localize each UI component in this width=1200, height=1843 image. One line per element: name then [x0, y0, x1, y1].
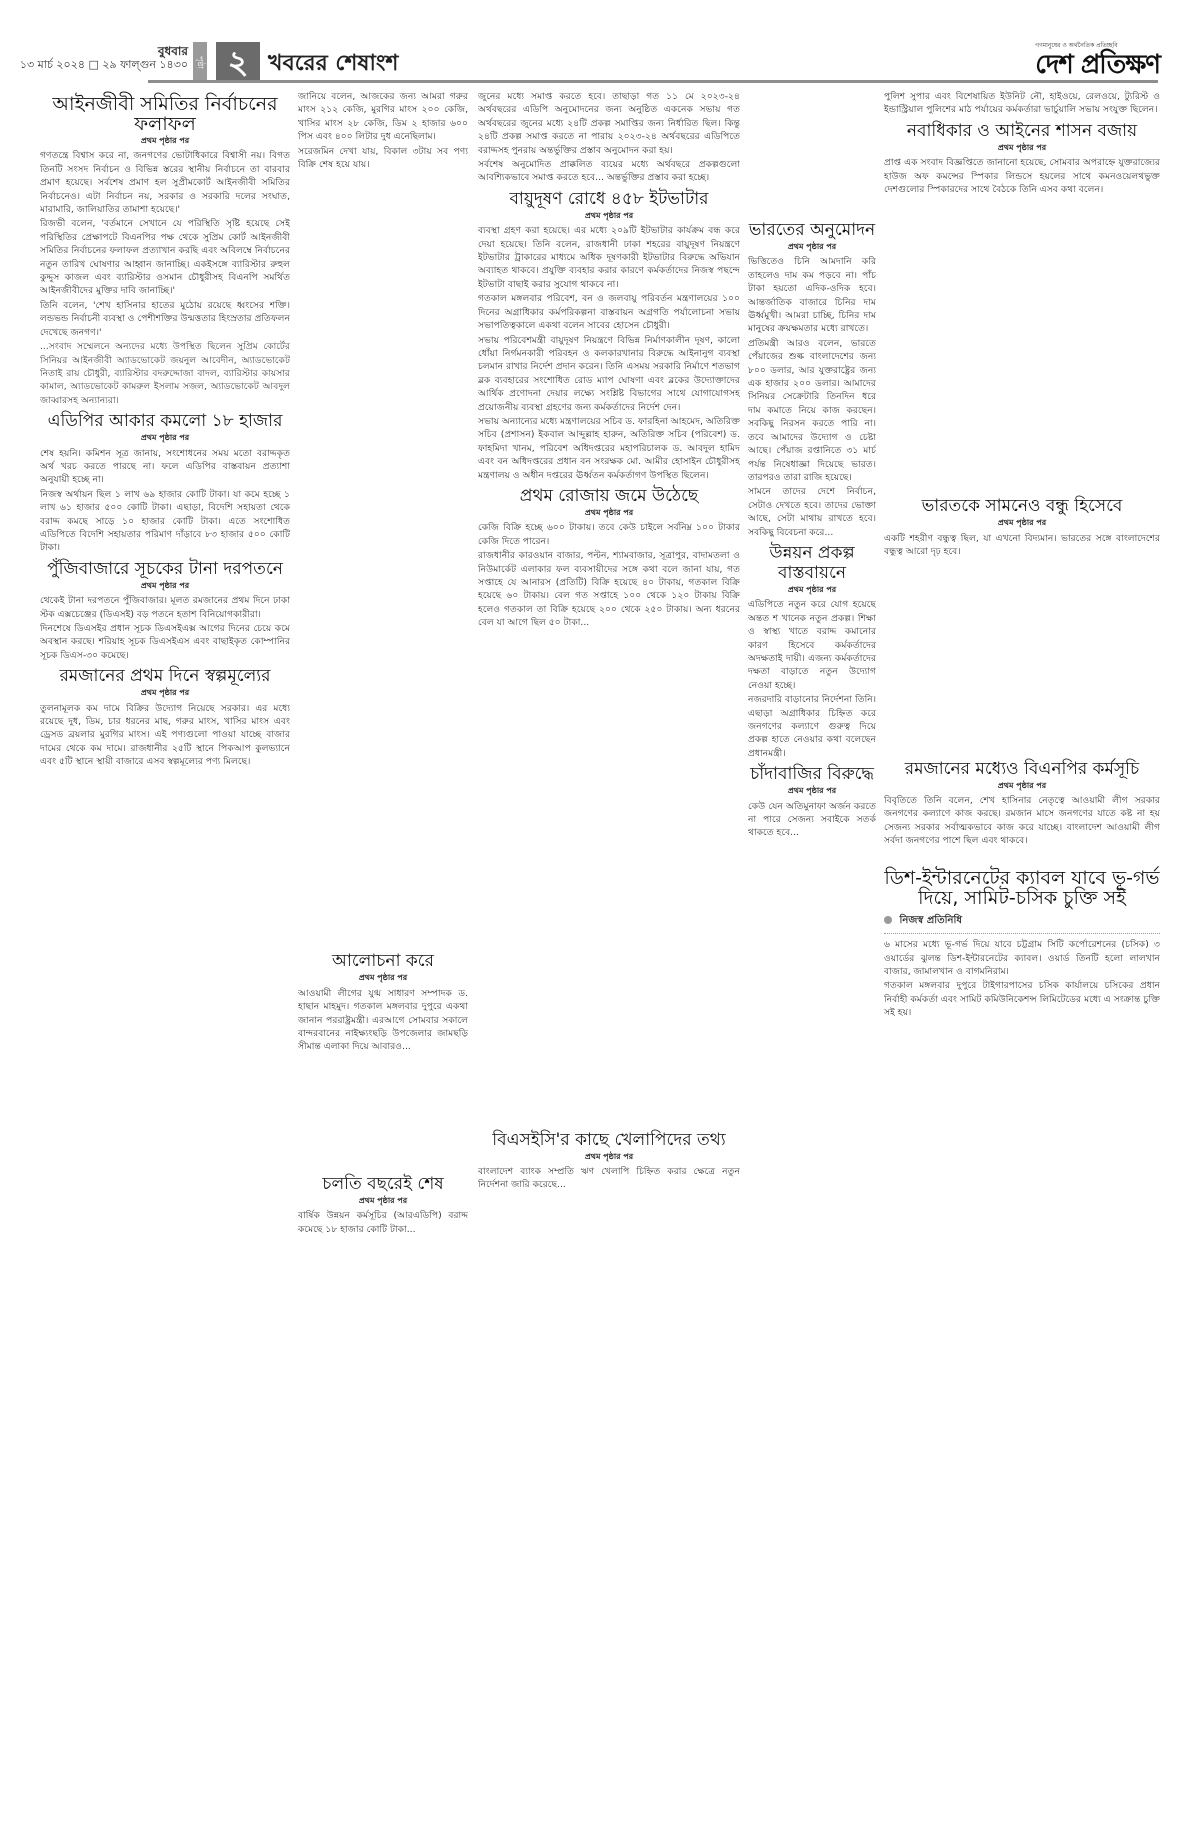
column-3: জুনের মধ্যে সমাপ্ত করতে হবে। তাছাড়া গত …	[478, 90, 740, 1830]
page-number: ২	[216, 42, 260, 82]
continued-label: প্রথম পৃষ্ঠার পর	[884, 779, 1160, 792]
headline: প্রথম রোজায় জমে উঠেছে	[478, 486, 740, 506]
logo-name: দেশ প্রতিক্ষণ	[1035, 51, 1160, 79]
paragraph: নজরদারি বাড়ানোর নির্দেশনা তিনি। এছাড়া …	[748, 693, 876, 760]
article-india-friend: ভারতকে সামনেও বন্ধু হিসেবে প্রথম পৃষ্ঠার…	[884, 496, 1160, 558]
headline: চলতি বছরেই শেষ	[298, 1174, 468, 1194]
headline: বিএসইসি'র কাছে খেলাপিদের তথ্য	[478, 1130, 740, 1150]
continued-label: প্রথম পৃষ্ঠার পর	[40, 686, 290, 699]
continued-label: প্রথম পৃষ্ঠার পর	[884, 141, 1160, 154]
headline: এডিপির আকার কমলো ১৮ হাজার	[40, 411, 290, 431]
paragraph: কেজি বিক্রি হচ্ছে ৬০০ টাকায়। তবে কেউ চা…	[478, 521, 740, 548]
masthead: বুধবার ১৩ মার্চ ২০২৪ □ ২৯ ফাল্গুন ১৪৩০ প…	[0, 0, 1200, 80]
paragraph: গণতন্ত্রে বিশ্বাস করে না, জনগণের ভোটাধিক…	[40, 149, 290, 216]
paragraph: গতকাল মঙ্গলবার দুপুরে টাইগারপাসের চসিক ক…	[884, 979, 1160, 1019]
continued-label: প্রথম পৃষ্ঠার পর	[40, 134, 290, 147]
paragraph: প্রতিমন্ত্রী আরও বলেন, ভারতে পেঁয়াজের শ…	[748, 337, 876, 484]
article-lawyers-election: আইনজীবী সমিতির নির্বাচনের ফলাফল প্রথম পৃ…	[40, 94, 290, 407]
paragraph: সামনে তাদের দেশে নির্বাচন, সেটাও দেখতে হ…	[748, 485, 876, 539]
column-2: জানিয়ে বলেন, আজকের জন্য আমরা গরুর মাংস …	[298, 90, 468, 1830]
paragraph: বাংলাদেশ ব্যাংক সম্প্রতি ঋণ খেলাপি চিহ্ন…	[478, 1165, 740, 1192]
paragraph: জুনের মধ্যে সমাপ্ত করতে হবে। তাছাড়া গত …	[478, 90, 740, 157]
paragraph: দিনশেষে ডিএসইর প্রধান সূচক ডিএসইএক্স আগে…	[40, 622, 290, 662]
headline: ভারতের অনুমোদন	[748, 220, 876, 240]
article-adp: এডিপির আকার কমলো ১৮ হাজার প্রথম পৃষ্ঠার …	[40, 411, 290, 555]
article-dev-projects: উন্নয়ন প্রকল্প বাস্তবায়নে প্রথম পৃষ্ঠা…	[748, 543, 876, 760]
paragraph: প্রাপ্ত এক সংবাদ বিজ্ঞপ্তিতে জানানো হয়ে…	[884, 156, 1160, 196]
article-extortion: চাঁদাবাজির বিরুদ্ধে প্রথম পৃষ্ঠার পর কেউ…	[748, 764, 876, 840]
paragraph: বিবৃতিতে তিনি বলেন, শেখ হাসিনার নেতৃত্বে…	[884, 794, 1160, 848]
paragraph: কেউ যেন অতিমুনাফা অর্জন করতে না পারে সেজ…	[748, 800, 876, 840]
article-this-year: চলতি বছরেই শেষ প্রথম পৃষ্ঠার পর বার্ষিক …	[298, 1174, 468, 1236]
bullet-icon	[884, 916, 892, 924]
article-discussion: আলোচনা করে প্রথম পৃষ্ঠার পর আওয়ামী লীগে…	[298, 951, 468, 1053]
article-india-approval: ভারতের অনুমোদন প্রথম পৃষ্ঠার পর ভিত্তিতে…	[748, 220, 876, 539]
headline: নবাধিকার ও আইনের শাসন বজায়	[884, 121, 1160, 141]
continued-label: প্রথম পৃষ্ঠার পর	[478, 209, 740, 222]
article-bnp-ramadan: রমজানের মধ্যেও বিএনপির কর্মসূচি প্রথম পৃ…	[884, 759, 1160, 848]
newspaper-logo: গণমানুষের ও অর্থনৈতিক প্রতিচ্ছবি দেশ প্র…	[1035, 40, 1160, 79]
paragraph: শেষ হয়নি। কমিশন সূত্র জানায়, সংশোধনের …	[40, 447, 290, 487]
continued-label: প্রথম পৃষ্ঠার পর	[478, 506, 740, 519]
headline: চাঁদাবাজির বিরুদ্ধে	[748, 764, 876, 784]
continued-label: প্রথম পৃষ্ঠার পর	[748, 583, 876, 596]
paragraph: ভিত্তিতেও চিনি আমদানি করি তাহলেও দাম কম …	[748, 255, 876, 335]
continued-label: প্রথম পৃষ্ঠার পর	[298, 1194, 468, 1207]
article-bsec-defaulters: বিএসইসি'র কাছে খেলাপিদের তথ্য প্রথম পৃষ্…	[478, 1130, 740, 1192]
article-first-roza: প্রথম রোজায় জমে উঠেছে প্রথম পৃষ্ঠার পর …	[478, 486, 740, 630]
continued-label: প্রথম পৃষ্ঠার পর	[748, 784, 876, 797]
headline: ডিশ-ইন্টারনেটের ক্যাবল যাবে ভূ-গর্ভ দিয়…	[884, 868, 1160, 908]
headline: আলোচনা করে	[298, 951, 468, 971]
article-stock-market: পুঁজিবাজারে সূচকের টানা দরপতনে প্রথম পৃষ…	[40, 559, 290, 662]
paragraph: রাজধানীর কারওয়ান বাজার, পল্টন, শ্যামবাজ…	[478, 549, 740, 629]
page-tag: পৃষ্ঠা	[193, 42, 207, 82]
headline: বায়ুদূষণ রোধে ৪৫৮ ইটভাটার	[478, 189, 740, 209]
paragraph: তিনি বলেন, 'শেখ হাসিনার হাতের মুঠোয় রয়…	[40, 299, 290, 339]
continued-label: প্রথম পৃষ্ঠার পর	[748, 240, 876, 253]
paragraph: সভায় অন্যান্যের মধ্যে মন্ত্রণালয়ের সচি…	[478, 415, 740, 482]
paragraph: ৬ মাসের মধ্যে ভূ-গর্ভ দিয়ে যাবে চট্টগ্র…	[884, 938, 1160, 978]
article-rights-rule-of-law: নবাধিকার ও আইনের শাসন বজায় প্রথম পৃষ্ঠা…	[884, 121, 1160, 197]
issue-date: ১৩ মার্চ ২০২৪ □ ২৯ ফাল্গুন ১৪৩০	[20, 58, 188, 72]
paragraph: পুলিশ সুপার এবং বিশেষায়িত ইউনিট নৌ, হাই…	[884, 90, 1160, 117]
column-4: ভারতের অনুমোদন প্রথম পৃষ্ঠার পর ভিত্তিতে…	[748, 90, 876, 1830]
headline: রমজানের প্রথম দিনে স্বল্পমূল্যের	[40, 666, 290, 686]
byline-text: নিজস্ব প্রতিনিধি	[899, 915, 961, 926]
paragraph: সভায় পরিবেশমন্ত্রী বায়ুদূষণ নিয়ন্ত্রণ…	[478, 334, 740, 414]
continued-label: প্রথম পৃষ্ঠার পর	[40, 579, 290, 592]
headline: পুঁজিবাজারে সূচকের টানা দরপতনে	[40, 559, 290, 579]
paragraph: সর্বশেষ অনুমোদিত প্রাক্কলিত ব্যয়ের মধ্য…	[478, 158, 740, 185]
article-air-pollution: বায়ুদূষণ রোধে ৪৫৮ ইটভাটার প্রথম পৃষ্ঠার…	[478, 189, 740, 482]
column-1: আইনজীবী সমিতির নির্বাচনের ফলাফল প্রথম পৃ…	[40, 90, 290, 1830]
paragraph: ব্যবস্থা গ্রহণ করা হয়েছে। এর মধ্যে ২০৯ট…	[478, 224, 740, 291]
column-5: পুলিশ সুপার এবং বিশেষায়িত ইউনিট নৌ, হাই…	[884, 90, 1160, 1830]
article-dish-internet-cable: ডিশ-ইন্টারনেটের ক্যাবল যাবে ভূ-গর্ভ দিয়…	[884, 868, 1160, 1020]
headline: ভারতকে সামনেও বন্ধু হিসেবে	[884, 496, 1160, 516]
section-title: খবরের শেষাংশ	[268, 46, 398, 83]
continued-label: প্রথম পৃষ্ঠার পর	[40, 431, 290, 444]
date-block: বুধবার ১৩ মার্চ ২০২৪ □ ২৯ ফাল্গুন ১৪৩০	[20, 44, 188, 72]
paragraph: একটি শহরীণ বন্ধুত্ব ছিল, যা এখনো বিদ্যমা…	[884, 532, 1160, 559]
paragraph: নিজস্ব অর্থায়ন ছিল ১ লাখ ৬৯ হাজার কোটি …	[40, 488, 290, 555]
headline: আইনজীবী সমিতির নির্বাচনের ফলাফল	[40, 94, 290, 134]
paragraph: রিজভী বলেন, 'বর্তমানে সেখানে যে পরিস্থিত…	[40, 217, 290, 297]
headline: রমজানের মধ্যেও বিএনপির কর্মসূচি	[884, 759, 1160, 779]
continued-label: প্রথম পৃষ্ঠার পর	[298, 971, 468, 984]
paragraph: গতকাল মঙ্গলবার পরিবেশ, বন ও জলবায়ু পরিব…	[478, 292, 740, 332]
article-ramadan-low-price: রমজানের প্রথম দিনে স্বল্পমূল্যের প্রথম প…	[40, 666, 290, 768]
continued-label: প্রথম পৃষ্ঠার পর	[478, 1150, 740, 1163]
paragraph: আওয়ামী লীগের যুগ্ম সাধারণ সম্পাদক ড. হা…	[298, 987, 468, 1054]
continued-label: প্রথম পৃষ্ঠার পর	[884, 516, 1160, 529]
paragraph: এডিপিতে নতুন করে যোগ হয়েছে অন্তত শ খানে…	[748, 598, 876, 692]
paragraph: থেকেই টানা দরপতনে পুঁজিবাজার। মূলত রমজান…	[40, 594, 290, 621]
paragraph: জানিয়ে বলেন, আজকের জন্য আমরা গরুর মাংস …	[298, 90, 468, 144]
paragraph: ...সংবাদ সম্মেলনে অন্যদের মধ্যে উপস্থিত …	[40, 340, 290, 407]
weekday: বুধবার	[20, 44, 188, 58]
byline: নিজস্ব প্রতিনিধি	[884, 914, 1160, 934]
headline: উন্নয়ন প্রকল্প বাস্তবায়নে	[748, 543, 876, 583]
paragraph: বার্ষিক উন্নয়ন কর্মসূচির (আরএডিপি) বরাদ…	[298, 1209, 468, 1236]
paragraph: সরেজমিন দেখা যায়, বিকাল ৩টায় সব পণ্য ব…	[298, 145, 468, 172]
paragraph: তুলনামূলক কম দামে বিক্রির উদ্যোগ নিয়েছে…	[40, 702, 290, 769]
header-rule	[148, 80, 1158, 83]
